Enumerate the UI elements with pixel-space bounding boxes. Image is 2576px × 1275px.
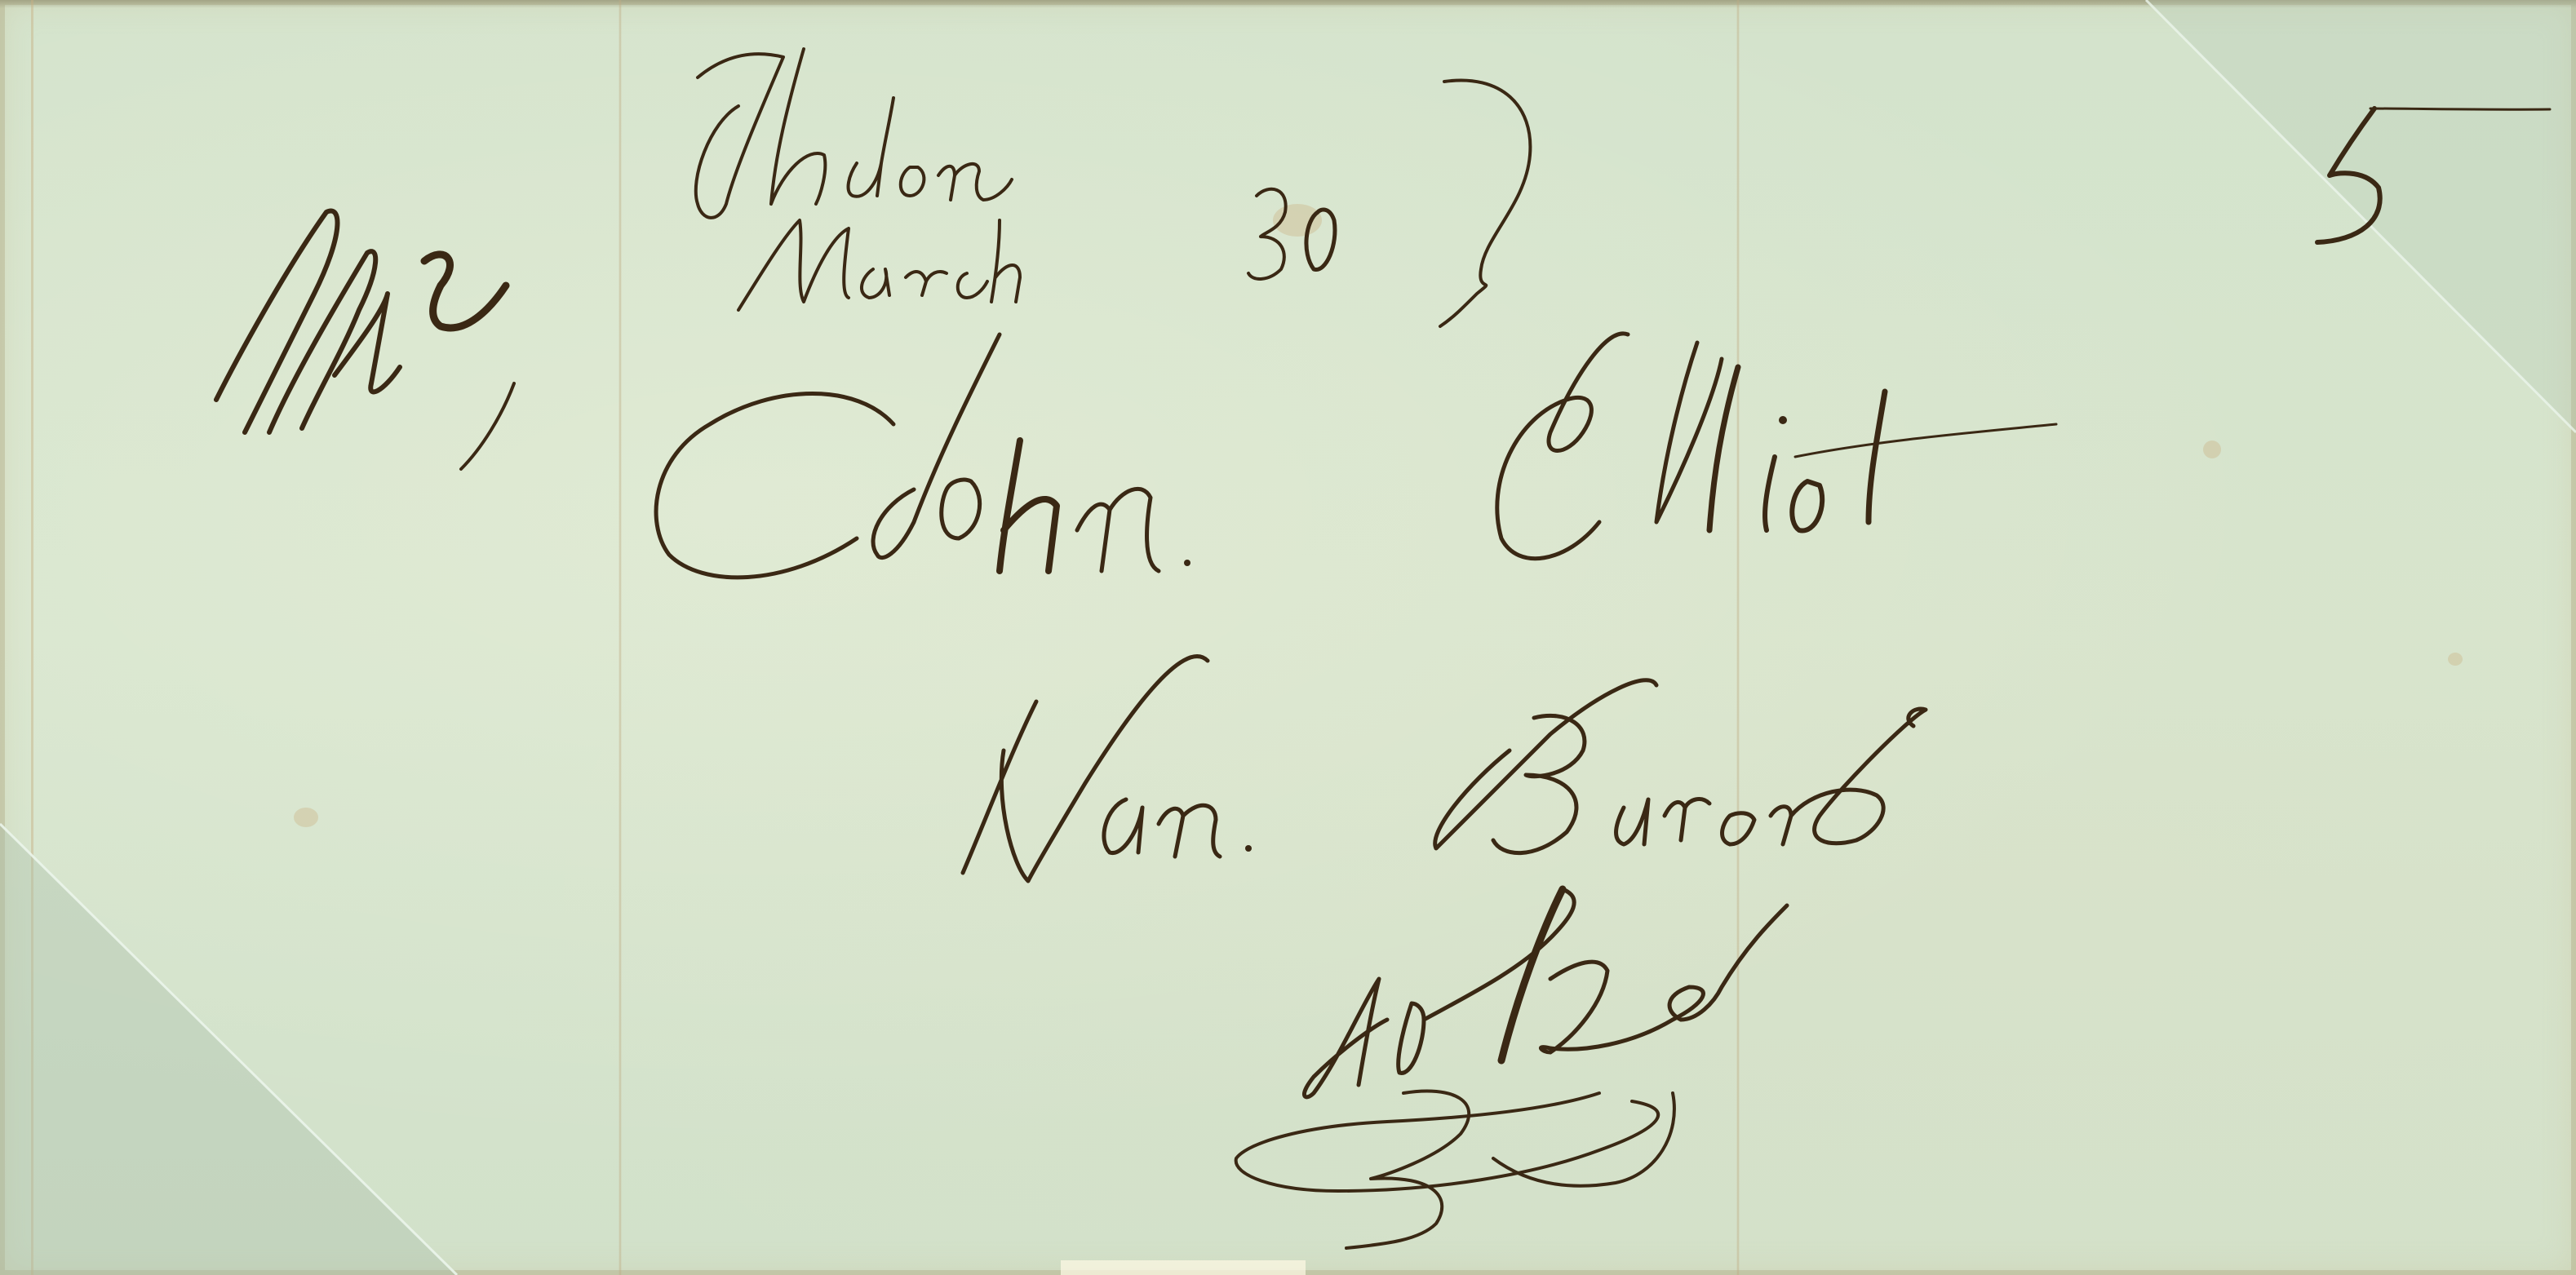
addressee-town: Van Buren [963,669,1997,897]
postmark-date: March 30 [738,220,1137,316]
address-flourish [1236,1091,1674,1248]
addressee-name: John Elliot [653,351,1691,579]
letter-cover: Fulton March 30 5 Mr. John Elliot Van Bu… [0,0,2576,1275]
addressee-state: Ark [1314,897,1608,1087]
postmark-town: Fulton [698,65,1102,207]
postage-rate: 5 [2309,106,2392,259]
handwriting [0,0,2576,1275]
salutation: Mr. [216,228,523,437]
postmark-bracket [1440,80,1530,326]
